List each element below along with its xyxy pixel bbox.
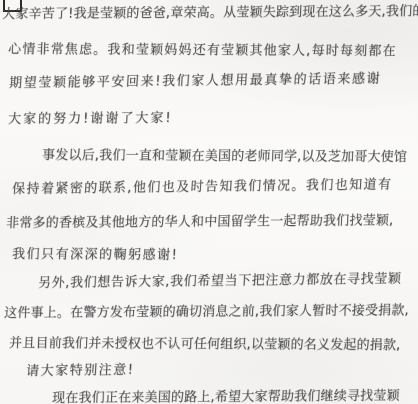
letter-line-3: 期望莹颖能够平安回来!我们家人想用最真挚的话语来感谢 [8, 69, 381, 94]
letter-line-9: 另外,我们想告诉大家,我们希望当下把注意力都放在寻找莹颖 [37, 270, 402, 294]
letter-line-1: 大家辛苦了!我是莹颖的爸爸,章荣高。从莹颖失踪到现在这么多天,我们的 [2, 2, 418, 25]
letter-line-10: 这件事上。在警方发布莹颖的确切消息之前,我们家人暂时不接受捐款, [4, 301, 410, 324]
letter-line-4: 大家的努力!谢谢了大家! [8, 109, 173, 130]
letter-line-11: 并且目前我们并未授权也不认可任何组织,以莹颖的名义发起的捐款, [9, 334, 401, 356]
letter-line-6: 保持着紧密的联系,他们也及时告知我们情况。我们也知道有 [11, 175, 392, 200]
letter-line-5: 事发以后,我们一直和莹颖在美国的老师同学,以及芝加哥大使馆 [42, 146, 408, 168]
letter-line-2: 心情非常焦虑。我和莹颖妈妈还有莹颖其他家人,每时每刻都在 [8, 40, 397, 62]
letter-line-13: 现在我们正在来美国的路上,希望大家帮助我们继续寻找莹颖 [52, 387, 401, 404]
letter-line-12: 请大家特别注意! [25, 361, 134, 382]
letter-line-8: 我们只有深深的鞠躬感谢! [12, 245, 179, 266]
letter-line-7: 非常多的香槟及其他地方的华人和中国留学生一起帮助我们找莹颖, [6, 211, 394, 234]
handwritten-letter-page: 大家辛苦了!我是莹颖的爸爸,章荣高。从莹颖失踪到现在这么多天,我们的 心情非常焦… [0, 0, 418, 404]
